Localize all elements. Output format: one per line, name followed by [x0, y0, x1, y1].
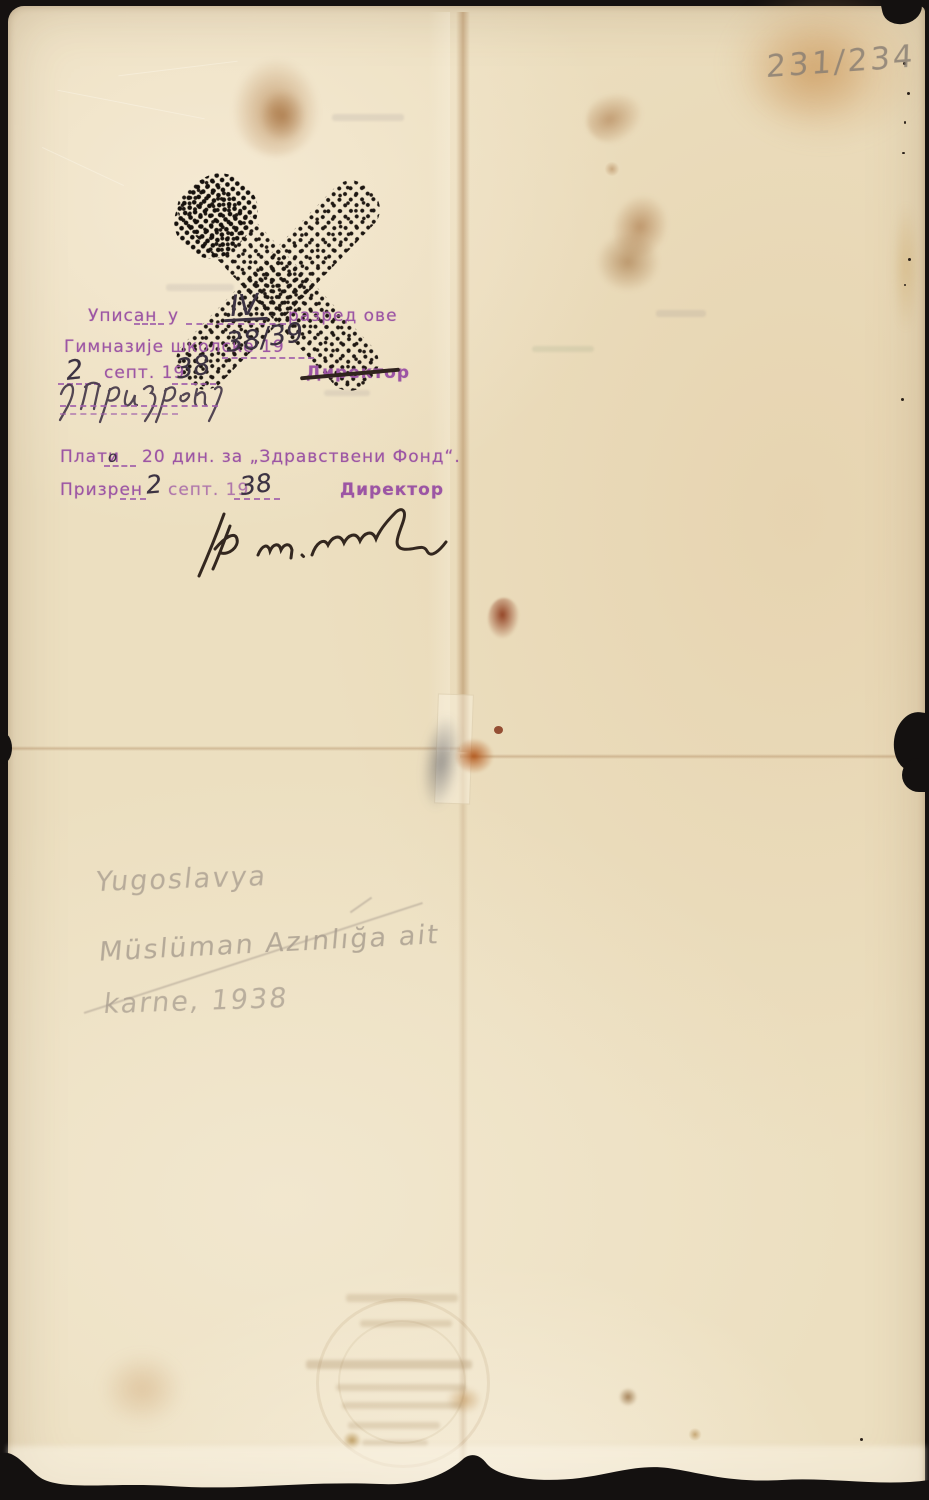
enrollment-line1-mid: у: [168, 306, 179, 326]
stamp-rule: [104, 464, 136, 467]
show-through-ghost: [346, 1294, 458, 1302]
stamp-rule: [120, 497, 146, 500]
speck: [902, 152, 905, 154]
speck: [907, 92, 910, 95]
show-through-ghost: [332, 114, 404, 121]
show-through-ghost: [342, 1402, 462, 1409]
perforation-x-mark: [88, 96, 348, 336]
speck: [904, 284, 906, 286]
horizontal-fold-crease-left: [8, 746, 460, 751]
year-next-handwritten: /39: [258, 317, 305, 354]
edge-notch: [902, 758, 929, 792]
stain: [494, 726, 503, 734]
enrollment-line1-post: разред ове: [288, 306, 398, 326]
place-handwriting-svg: [56, 376, 236, 426]
year-handwritten: 38: [224, 324, 261, 358]
stamp-rule: [60, 404, 218, 407]
stamp-rule: [60, 412, 178, 415]
place-handwritten-signature: [56, 376, 236, 426]
stain: [604, 162, 620, 176]
ink-blot: [488, 598, 520, 640]
show-through-ghost: [336, 1384, 466, 1391]
scanned-document: Уписан у IV разред ове Гимназије школске…: [0, 0, 929, 1500]
speck: [901, 398, 904, 401]
pencil-note-line2: Müslüman Azınlığa ait: [98, 919, 442, 968]
payment-director-label: Директор: [340, 480, 444, 500]
stain: [618, 1388, 638, 1406]
torn-bottom-edge: [0, 1420, 929, 1500]
vertical-fold-crease: [456, 12, 470, 752]
pencil-note-line1: Yugoslavya: [94, 861, 269, 898]
stain: [596, 232, 660, 292]
rust-stain: [454, 738, 494, 774]
show-through-ghost: [360, 1320, 452, 1327]
paper-sheet: Уписан у IV разред ове Гимназије школске…: [8, 6, 925, 1500]
show-through-ghost: [656, 310, 706, 317]
paper-scratch: [118, 61, 237, 77]
payment-day-handwritten: 2: [145, 469, 163, 499]
stain: [578, 82, 652, 152]
director-signature: [194, 498, 454, 583]
show-through-ghost: [324, 390, 370, 396]
payment-amount-text: 20 дин. за „Здравствени Фонд“.: [142, 447, 461, 467]
show-through-ghost: [532, 346, 594, 352]
director-signature-svg: [194, 498, 454, 583]
pencil-note-line3: karne, 1938: [102, 983, 290, 1020]
speck: [908, 258, 911, 261]
show-through-ghost: [166, 284, 234, 291]
horizontal-fold-crease-right: [460, 754, 925, 759]
stamp-rule: [134, 322, 164, 325]
stain: [892, 202, 920, 332]
pencil-stroke: [350, 897, 372, 914]
fold-highlight: [428, 12, 450, 752]
stain: [100, 1352, 184, 1426]
speck: [904, 121, 906, 124]
show-through-ghost: [306, 1360, 472, 1369]
